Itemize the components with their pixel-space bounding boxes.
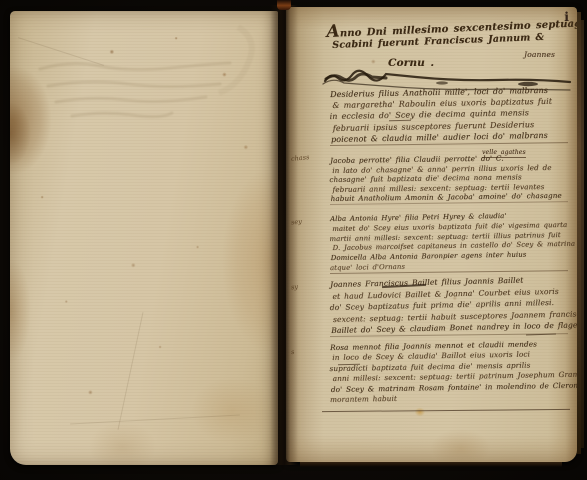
baptism-entry: Rosa mennot filia Joannis mennot et clau…	[330, 339, 577, 406]
margin-note: sy	[291, 283, 299, 292]
margin-note: s	[291, 348, 295, 356]
fore-edge-pages	[581, 20, 584, 448]
underlying-page-edge	[300, 462, 562, 467]
manuscript-scan: i Anno Dni millesimo sexcentesimo septua…	[0, 0, 587, 480]
margin-note: sey	[291, 217, 303, 226]
left-page	[10, 11, 278, 465]
baptism-entry: Alba Antonia Hyre' filia Petri Hyrey & c…	[330, 211, 577, 274]
right-page: i Anno Dni millesimo sexcentesimo septua…	[286, 7, 577, 462]
underline-place-name	[526, 333, 556, 335]
baptism-entry: Desiderius filius Anatholii mille', loci…	[330, 84, 577, 145]
closing-rule	[322, 409, 570, 413]
binding-headband	[277, 0, 291, 10]
margin-note: chass	[291, 153, 310, 163]
show-through-writing	[10, 11, 278, 465]
baptism-entry: Jacoba perrotte' filia Claudii perrotte'…	[330, 153, 577, 204]
header-line-2-right: Joannes	[524, 50, 555, 59]
baptism-entry: Joannes Franciscus Baillet filius Joanni…	[330, 273, 577, 336]
